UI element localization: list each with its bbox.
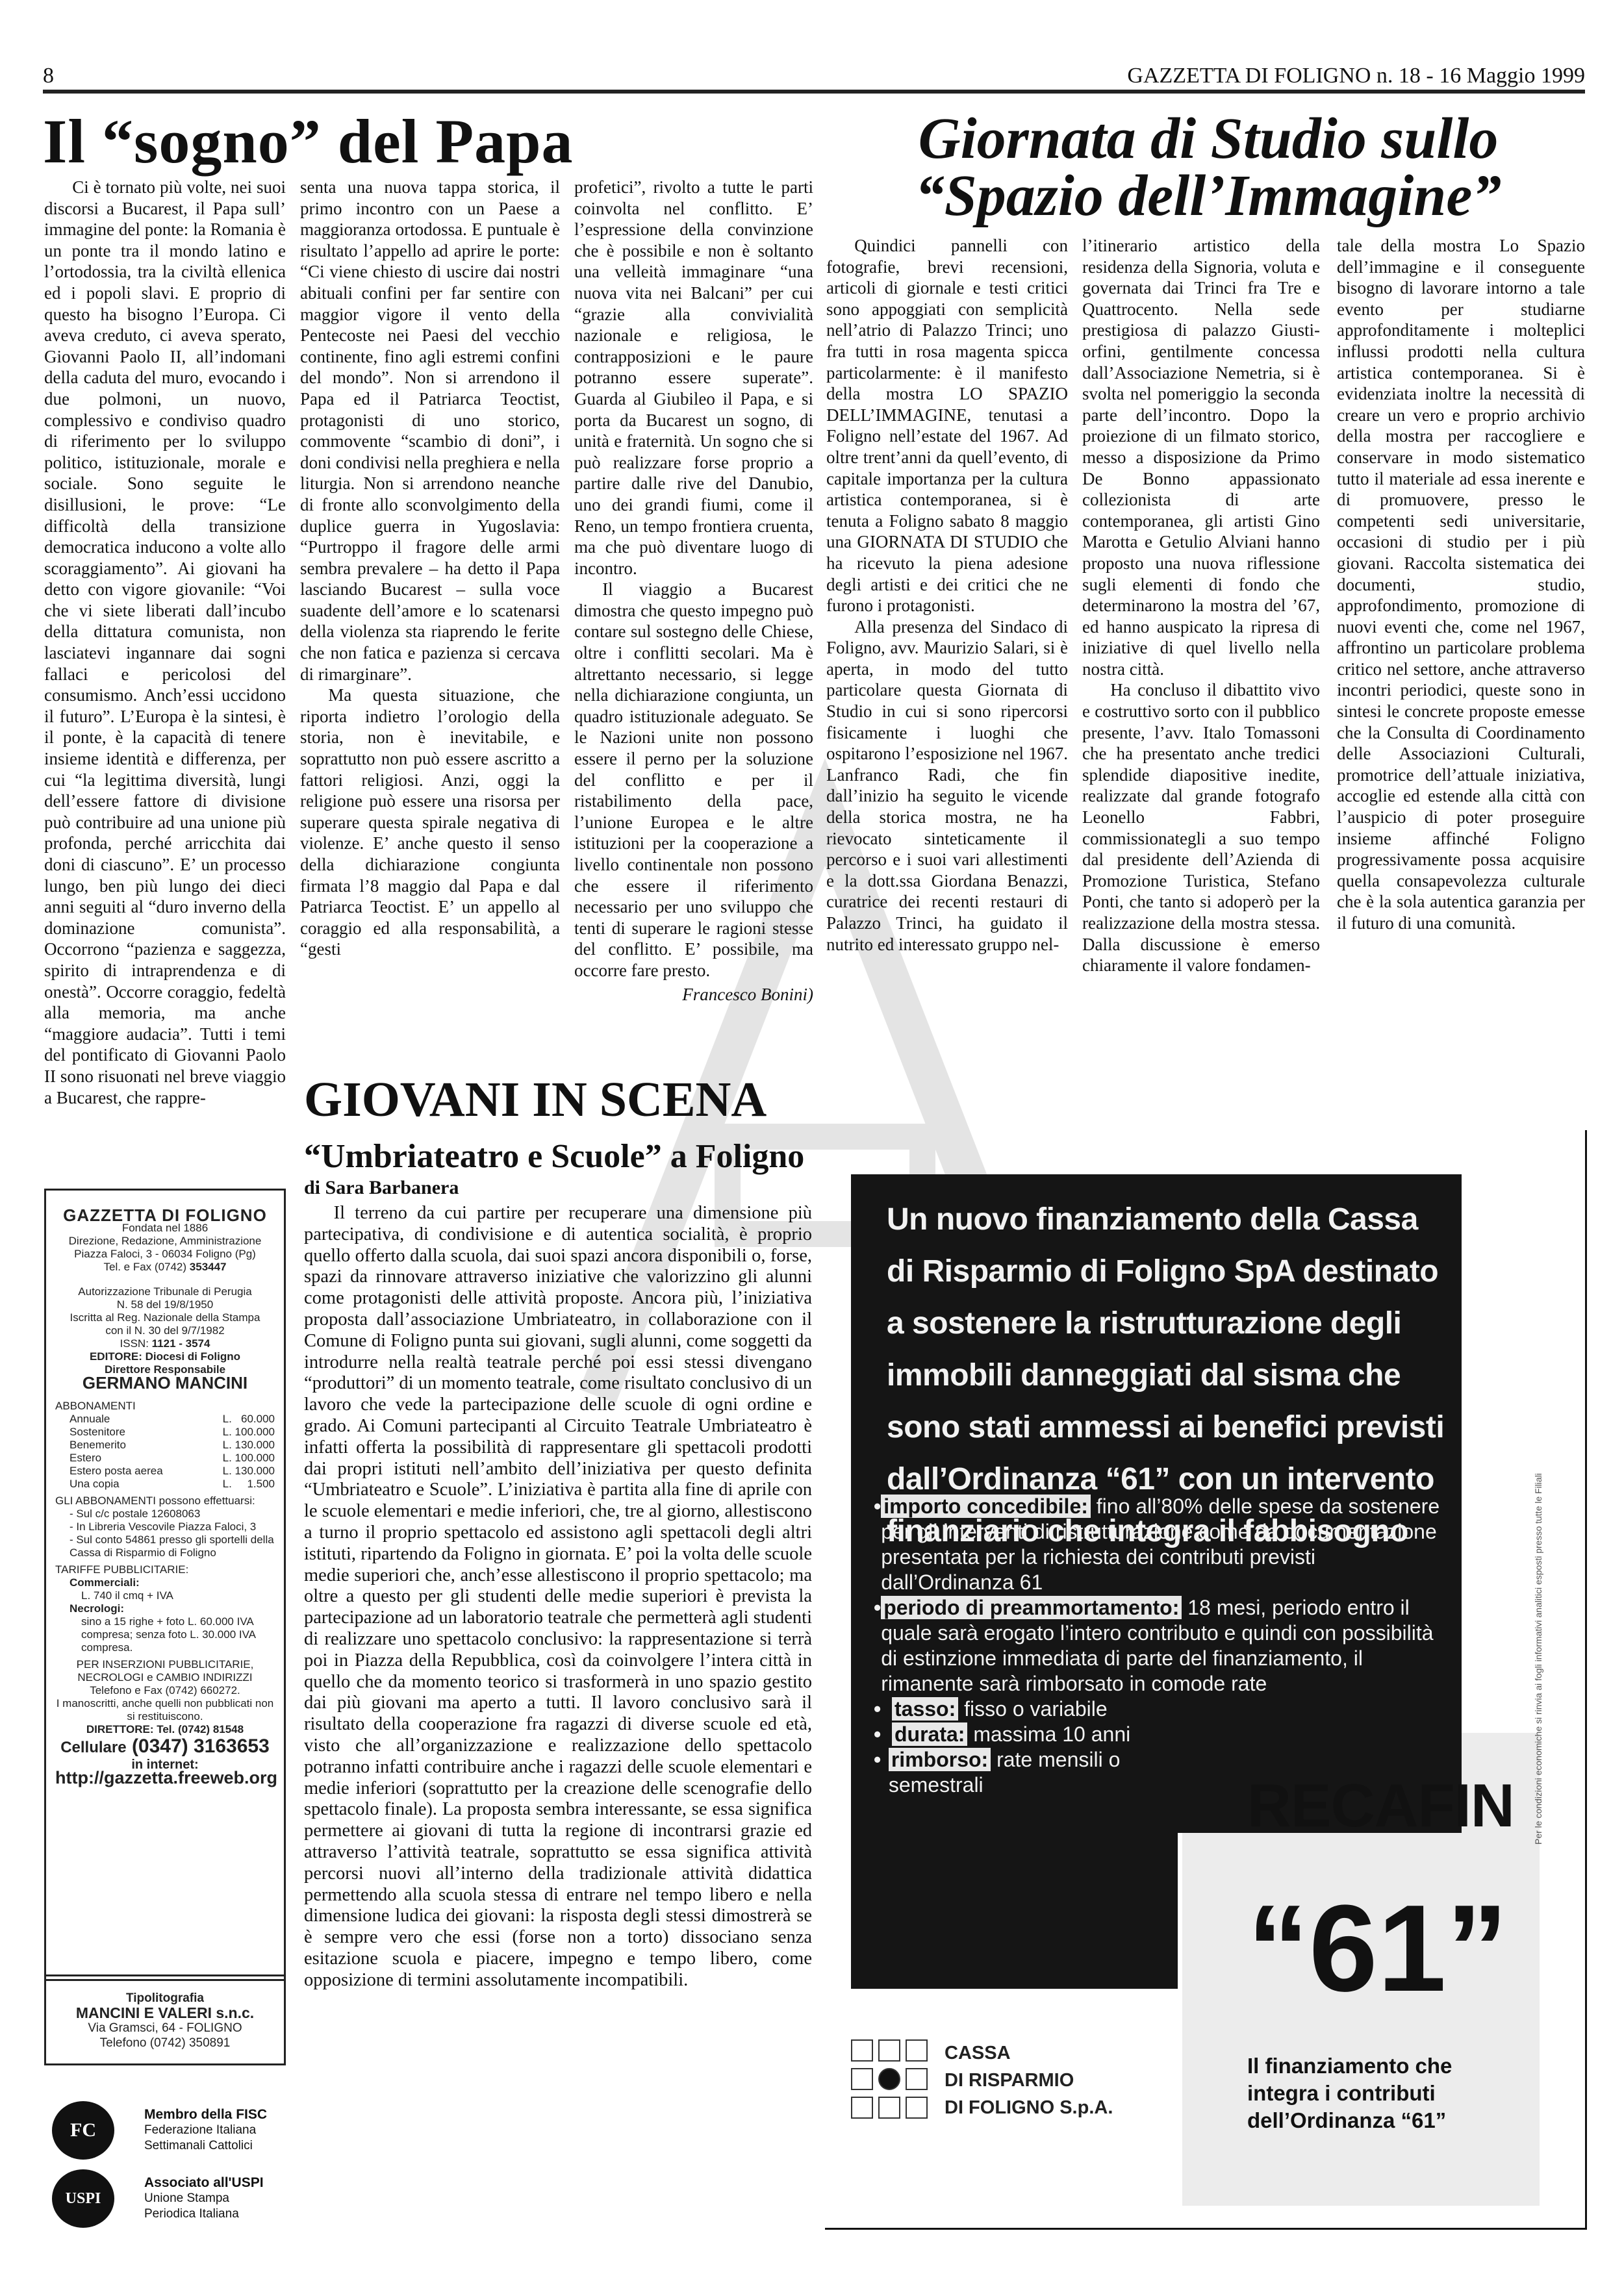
printer-tel: Telefono (0742) 350891 (46, 2036, 284, 2050)
masthead-title: GAZZETTA DI FOLIGNO (55, 1209, 275, 1222)
abbonamenti-title: ABBONAMENTI (55, 1400, 275, 1413)
printer-box: Tipolitografia MANCINI E VALERI s.n.c. V… (44, 1974, 286, 2065)
masthead-address: Piazza Faloci, 3 - 06034 Foligno (Pg) (55, 1248, 275, 1261)
auth-line: con il N. 30 del 9/7/1982 (55, 1324, 275, 1337)
abb-price: L. 130.000 (223, 1439, 275, 1452)
inserzioni-line: PER INSERZIONI PUBBLICITARIE, (55, 1658, 275, 1671)
payment-title: GLI ABBONAMENTI possono effettuarsi: (55, 1495, 275, 1508)
paragraph: senta una nuova tappa storica, il primo … (300, 177, 560, 685)
ad-product-name: RECAFIN (1247, 1771, 1514, 1841)
article-signature: Francesco Bonini) (574, 984, 813, 1005)
header-rule (43, 90, 1585, 94)
abbonamento-row: BenemeritoL. 130.000 (55, 1439, 275, 1452)
website-link[interactable]: http://gazzetta.freeweb.org (55, 1771, 275, 1784)
feature-tag: rimborso: (889, 1748, 991, 1771)
paragraph: Ma questa situazione, che riporta indiet… (300, 685, 560, 960)
article-byline: di Sara Barbanera (304, 1177, 459, 1199)
ad-tagline: Il finanziamento che integra i contribut… (1247, 2052, 1520, 2134)
bullet-icon: • (874, 1595, 881, 1697)
papa-column-1: Ci è tornato più volte, nei suoi discors… (44, 177, 286, 1108)
cellulare-number: (0347) 3163653 (132, 1735, 270, 1757)
abb-label: Benemerito (70, 1439, 126, 1452)
bank-name-line: CASSA (945, 2039, 1113, 2067)
commerciali-value: L. 740 il cmq + IVA (55, 1589, 275, 1602)
paragraph: Quindici pannelli con fotografie, brevi … (826, 235, 1068, 616)
ad-product-number: “61” (1247, 1887, 1508, 2010)
abb-label: Una copia (70, 1478, 120, 1491)
abb-label: Sostenitore (70, 1426, 125, 1439)
editore: EDITORE: Diocesi di Foligno (55, 1350, 275, 1363)
inserzioni-tel: Telefono e Fax (0742) 660272. (55, 1684, 275, 1697)
commerciali-label: Commerciali: (55, 1576, 275, 1589)
abb-price: L. 1.500 (223, 1478, 275, 1491)
feature-text: massima 10 anni (967, 1722, 1130, 1746)
paragraph: Ci è tornato più volte, nei suoi discors… (44, 177, 286, 1108)
ad-black-panel-lower (851, 1833, 1178, 1989)
membership-uspi: USPI Associato all'USPI Unione Stampa Pe… (52, 2169, 264, 2228)
papa-column-2: senta una nuova tappa storica, il primo … (300, 177, 560, 960)
feature-tag: durata: (892, 1722, 967, 1746)
paragraph: l’itinerario artistico della residenza d… (1082, 235, 1320, 679)
papa-column-3: profetici”, rivolto a tutte le parti coi… (574, 177, 813, 1005)
ad-feature-item: •durata: massima 10 anni (874, 1722, 1179, 1747)
ad-feature-item: •periodo di preammortamento: 18 mesi, pe… (874, 1595, 1445, 1697)
auth-line: N. 58 del 19/8/1950 (55, 1298, 275, 1311)
masthead-tel: Tel. e Fax (0742) 353447 (55, 1261, 275, 1274)
direttore-tel: DIRETTORE: Tel. (0742) 81548 (55, 1723, 275, 1736)
article-subtitle-giovani: “Umbriateatro e Scuole” a Foligno (304, 1140, 811, 1174)
bank-name-line: DI RISPARMIO (945, 2067, 1113, 2094)
abbonamento-row: EsteroL. 100.000 (55, 1452, 275, 1465)
feature-tag: periodo di preammortamento: (881, 1596, 1182, 1619)
membership-line: Federazione Italiana (144, 2123, 267, 2138)
issn-label: ISSN: (120, 1337, 149, 1350)
ad-feature-item: •importo concedibile: fino all’80% delle… (874, 1494, 1445, 1595)
membership-title: Associato all'USPI (144, 2175, 264, 2191)
bank-name-line: DI FOLIGNO S.p.A. (945, 2094, 1113, 2121)
abbonamento-row: AnnualeL. 60.000 (55, 1413, 275, 1426)
masthead-box: GAZZETTA DI FOLIGNO Fondata nel 1886 Dir… (44, 1189, 286, 1981)
abbonamento-row: Estero posta aereaL. 130.000 (55, 1465, 275, 1478)
bullet-icon: • (874, 1722, 892, 1747)
ad-feature-item: •rimborso: rate mensili o semestrali (874, 1747, 1160, 1798)
printer-name: MANCINI E VALERI s.n.c. (46, 2006, 284, 2021)
bank-grid-icon (851, 2039, 929, 2121)
masthead-offices: Direzione, Redazione, Amministrazione (55, 1235, 275, 1248)
necrologi-value: sino a 15 righe + foto L. 60.000 IVA com… (55, 1615, 275, 1654)
side-note-text: Per le condizioni economiche si rinvia a… (1533, 1221, 1543, 1845)
paragraph: profetici”, rivolto a tutte le parti coi… (574, 177, 813, 579)
printer-line: Tipolitografia (46, 1991, 284, 2006)
bank-logo: CASSA DI RISPARMIO DI FOLIGNO S.p.A. (851, 2039, 1113, 2121)
printer-address: Via Gramsci, 64 - FOLIGNO (46, 2021, 284, 2036)
abbonamenti-list: AnnualeL. 60.000 SostenitoreL. 100.000 B… (55, 1413, 275, 1491)
abb-price: L. 130.000 (223, 1465, 275, 1478)
fisc-logo-icon: FC (52, 2101, 114, 2160)
abb-label: Annuale (70, 1413, 110, 1426)
abb-price: L. 100.000 (223, 1452, 275, 1465)
membership-line: Settimanali Cattolici (144, 2138, 267, 2154)
bullet-icon: • (874, 1697, 892, 1722)
payment-option: - Sul conto 54861 presso gli sportelli d… (55, 1533, 275, 1559)
tel-number: 353447 (190, 1261, 227, 1273)
abbonamento-row: SostenitoreL. 100.000 (55, 1426, 275, 1439)
abbonamento-row: Una copiaL. 1.500 (55, 1478, 275, 1491)
bullet-icon: • (874, 1494, 881, 1595)
abb-price: L. 100.000 (223, 1426, 275, 1439)
cellulare-label: Cellulare (60, 1739, 126, 1756)
abb-label: Estero posta aerea (70, 1465, 163, 1478)
payment-option: - Sul c/c postale 12608063 (55, 1508, 275, 1520)
manoscritti-note: I manoscritti, anche quelli non pubblica… (55, 1697, 275, 1723)
inserzioni-line: NECROLOGI e CAMBIO INDIRIZZI (55, 1671, 275, 1684)
running-head: GAZZETTA DI FOLIGNO n. 18 - 16 Maggio 19… (1127, 64, 1585, 88)
membership-fisc: FC Membro della FISC Federazione Italian… (52, 2101, 267, 2160)
article-title-papa: Il “sogno” del Papa (43, 110, 809, 173)
issn-number: 1121 - 3574 (152, 1337, 210, 1350)
giornata-column-1: Quindici pannelli con fotografie, brevi … (826, 235, 1068, 955)
giovani-body: Il terreno da cui partire per recuperare… (304, 1203, 812, 1991)
auth-line: Autorizzazione Tribunale di Perugia (55, 1285, 275, 1298)
ad-feature-list: •importo concedibile: fino all’80% delle… (874, 1494, 1445, 1798)
giornata-column-2: l’itinerario artistico della residenza d… (1082, 235, 1320, 976)
abb-price: L. 60.000 (223, 1413, 275, 1426)
feature-tag: tasso: (892, 1697, 958, 1721)
paragraph: Ha concluso il dibattito vivo e costrutt… (1082, 679, 1320, 976)
paragraph: Alla presenza del Sindaco di Foligno, av… (826, 616, 1068, 955)
payment-option: - In Libreria Vescovile Piazza Faloci, 3 (55, 1520, 275, 1533)
membership-line: Periodica Italiana (144, 2206, 264, 2222)
membership-line: Unione Stampa (144, 2191, 264, 2206)
membership-title: Membro della FISC (144, 2107, 267, 2123)
title-line-1: Giornata di Studio sullo (825, 110, 1592, 168)
issn: ISSN: 1121 - 3574 (55, 1337, 275, 1350)
giornata-column-3: tale della mostra Lo Spazio dell’immagin… (1337, 235, 1585, 934)
tel-label: Tel. e Fax (0742) (103, 1261, 186, 1273)
article-title-giornata: Giornata di Studio sullo “Spazio dell’Im… (825, 110, 1592, 225)
ad-side-note: Per le condizioni economiche si rinvia a… (1533, 1221, 1553, 1845)
feature-tag: importo concedibile: (881, 1495, 1091, 1518)
direttore-name: GERMANO MANCINI (55, 1376, 275, 1389)
paragraph: Il viaggio a Bucarest dimostra che quest… (574, 579, 813, 981)
tariffe-title: TARIFFE PUBBLICITARIE: (55, 1563, 275, 1576)
article-title-giovani: GIOVANI IN SCENA (304, 1075, 804, 1124)
necrologi-label: Necrologi: (55, 1602, 275, 1615)
feature-text: fisso o variabile (958, 1697, 1107, 1721)
ad-feature-item: •tasso: fisso o variabile (874, 1697, 1179, 1722)
title-line-2: “Spazio dell’Immagine” (825, 168, 1592, 225)
uspi-logo-icon: USPI (52, 2169, 114, 2228)
auth-line: Iscritta al Reg. Nazionale della Stampa (55, 1311, 275, 1324)
page-number: 8 (43, 64, 54, 88)
bullet-icon: • (874, 1747, 889, 1798)
abb-label: Estero (70, 1452, 101, 1465)
bank-name: CASSA DI RISPARMIO DI FOLIGNO S.p.A. (945, 2039, 1113, 2121)
cellulare: Cellulare (0347) 3163653 (55, 1740, 275, 1754)
paragraph: tale della mostra Lo Spazio dell’immagin… (1337, 235, 1585, 934)
paragraph: Il terreno da cui partire per recuperare… (304, 1203, 812, 1991)
